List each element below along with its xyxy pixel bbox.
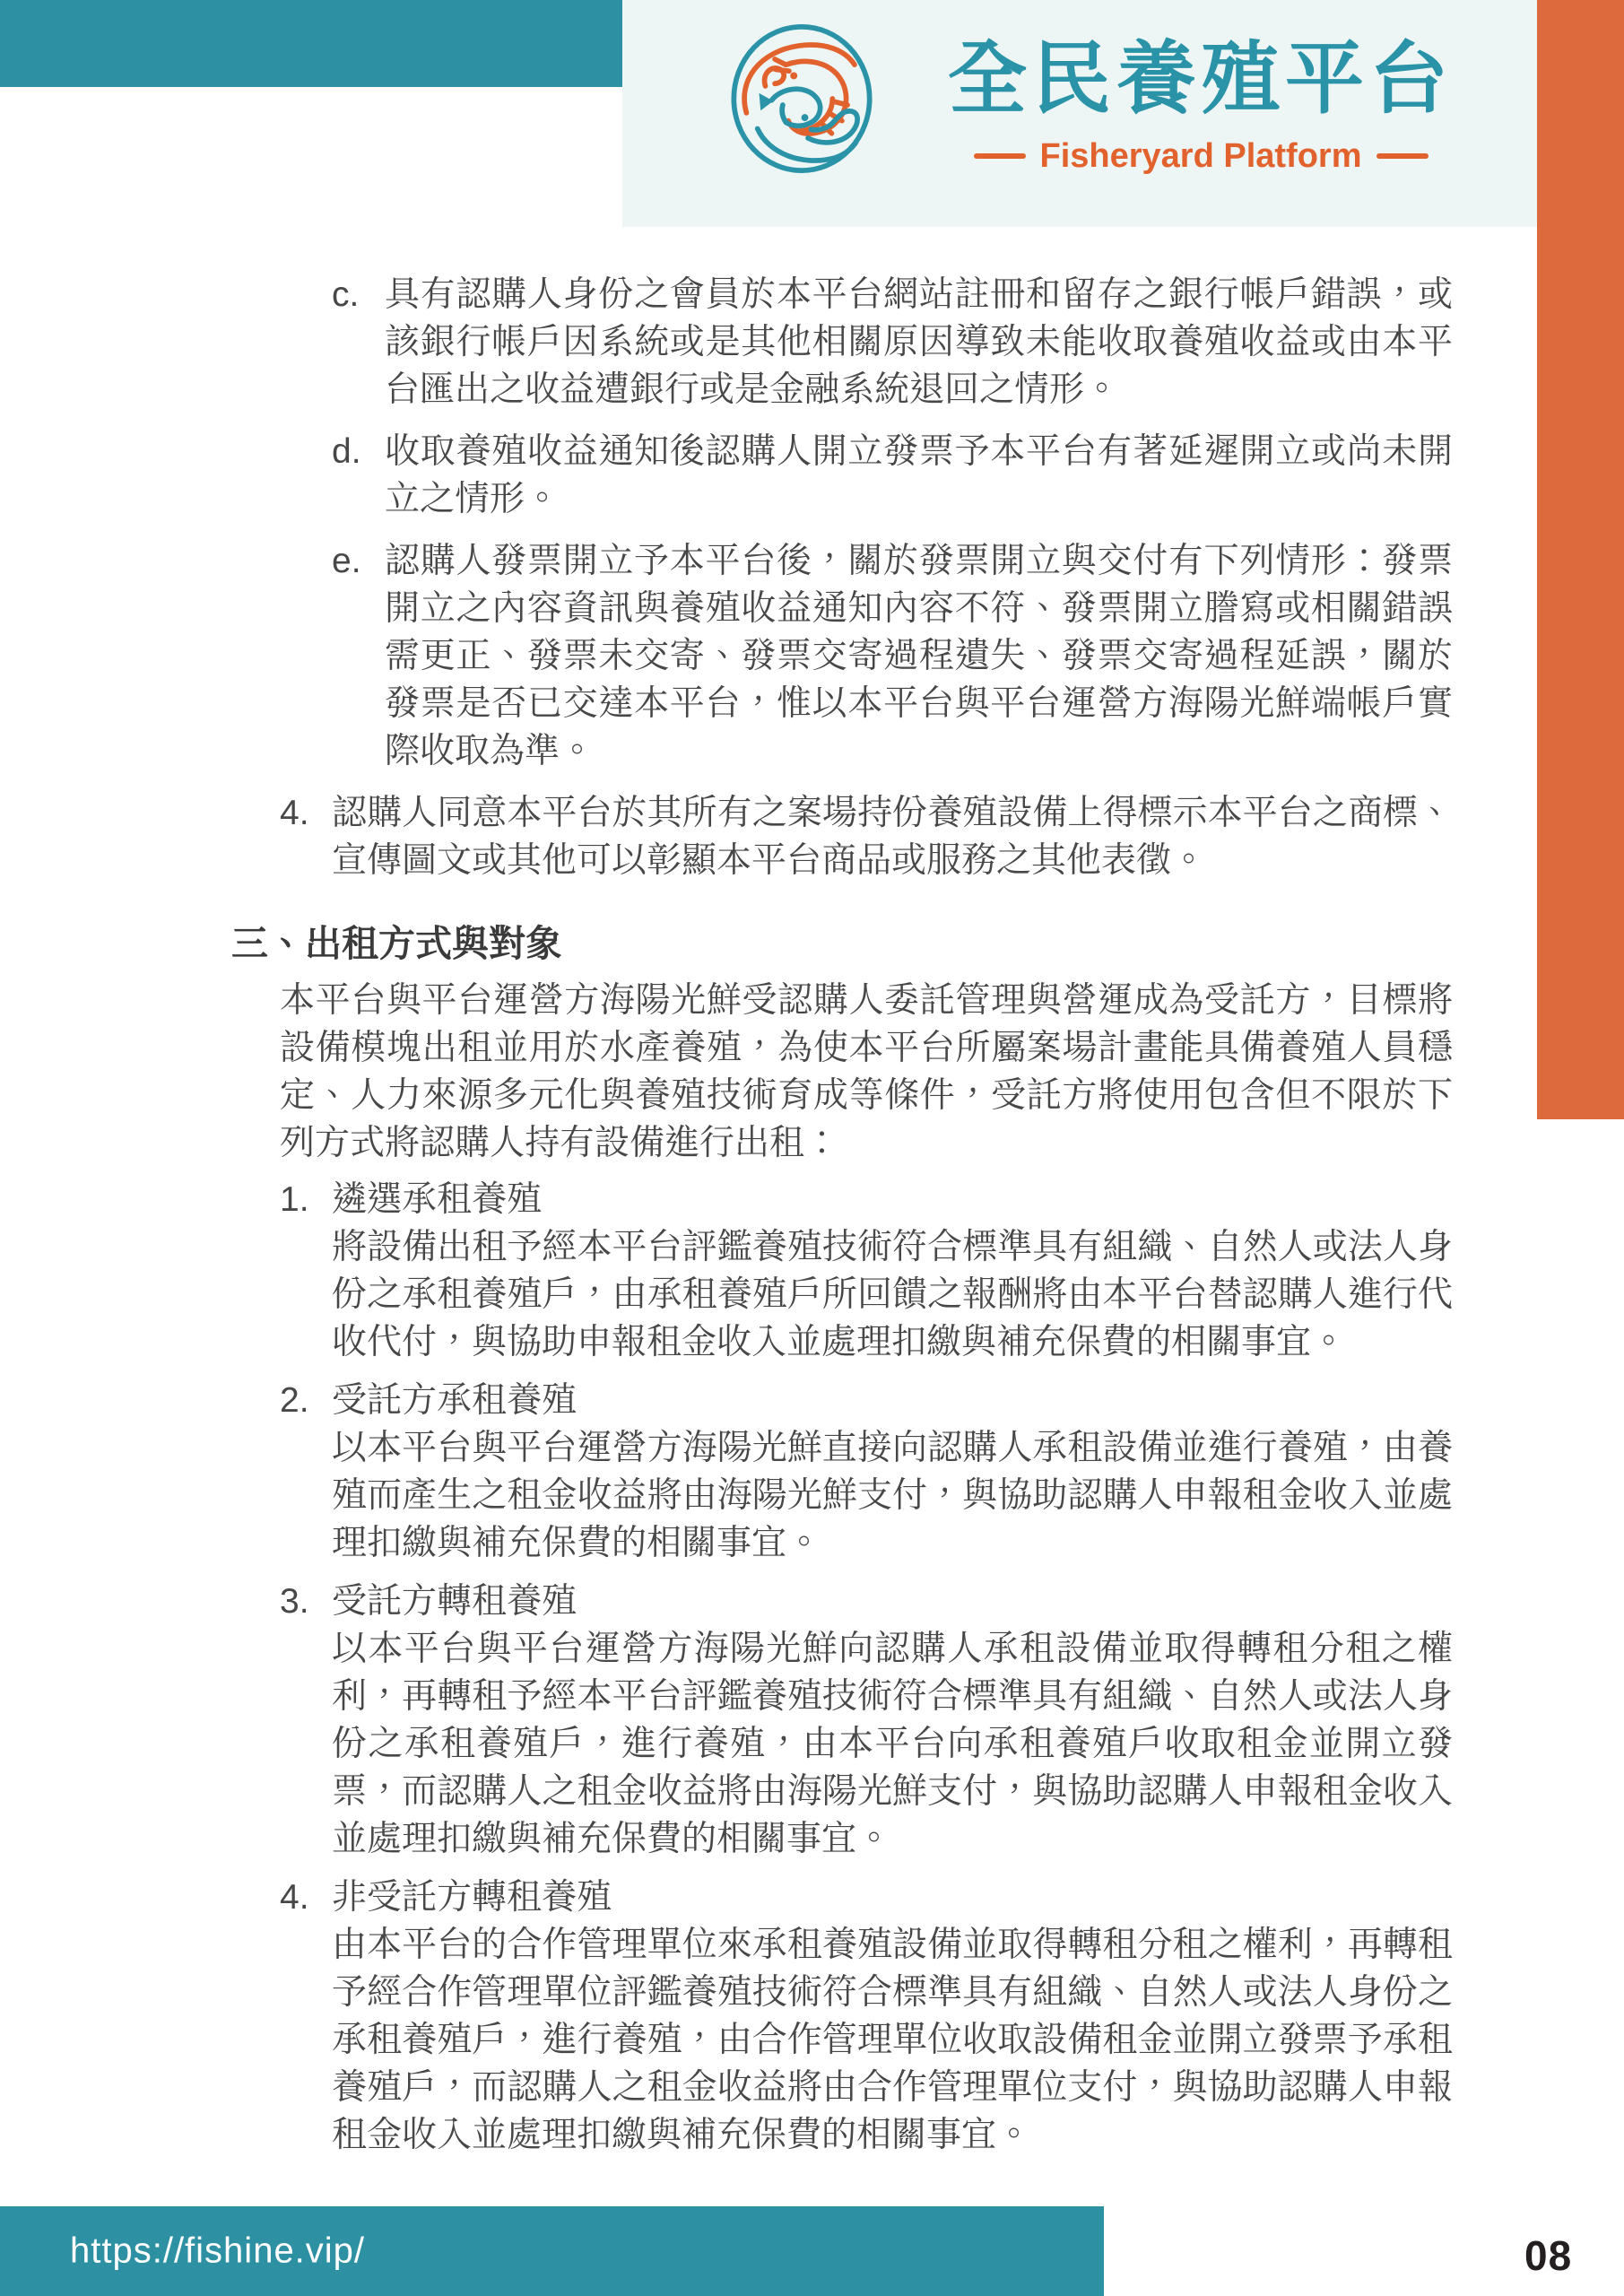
subtitle-right-dash — [1376, 153, 1429, 159]
document-page: 全民養殖平台 Fisheryard Platform c. 具有認購人身份之會員… — [0, 0, 1624, 2296]
rent-method-body: 非受託方轉租養殖 由本平台的合作管理單位來承租養殖設備並取得轉租分租之權利，再轉… — [332, 1874, 1453, 2159]
list-item-label: 4. — [280, 1874, 332, 2159]
list-item-e: e. 認購人發票開立予本平台後，關於發票開立與交付有下列情形：發票開立之內容資訊… — [332, 537, 1624, 775]
footer-bar: https://fishine.vip/ — [0, 2206, 1104, 2296]
list-item-text: 收取養殖收益通知後認購人開立發票予本平台有著延遲開立或尚未開立之情形。 — [385, 428, 1453, 523]
rent-method-text: 將設備出租予經本平台評鑑養殖技術符合標準具有組織、自然人或法人身份之承租養殖戶，… — [332, 1223, 1453, 1366]
rent-method-3: 3. 受託方轉租養殖 以本平台與平台運營方海陽光鮮向認購人承租設備並取得轉租分租… — [280, 1578, 1624, 1863]
footer-url-link[interactable]: https://fishine.vip/ — [70, 2231, 365, 2272]
brand-block: 全民養殖平台 Fisheryard Platform — [936, 36, 1465, 176]
rent-method-text: 由本平台的合作管理單位來承租養殖設備並取得轉租分租之權利，再轉租予經合作管理單位… — [332, 1921, 1453, 2159]
header-brand-panel: 全民養殖平台 Fisheryard Platform — [622, 0, 1537, 227]
terms-content: c. 具有認購人身份之會員於本平台網站註冊和留存之銀行帳戶錯誤，或該銀行帳戶因系… — [0, 271, 1624, 2170]
rent-method-title: 受託方轉租養殖 — [332, 1578, 1453, 1625]
rent-method-title: 非受託方轉租養殖 — [332, 1874, 1453, 1921]
section-heading: 三、出租方式與對象 — [231, 920, 1624, 968]
rent-method-text: 以本平台與平台運營方海陽光鮮向認購人承租設備並取得轉租分租之權利，再轉租予經本平… — [332, 1625, 1453, 1863]
list-item-text: 具有認購人身份之會員於本平台網站註冊和留存之銀行帳戶錯誤，或該銀行帳戶因系統或是… — [385, 271, 1453, 413]
list-item-label: 3. — [280, 1578, 332, 1863]
list-item-label: 4. — [280, 789, 332, 884]
list-item-text: 認購人發票開立予本平台後，關於發票開立與交付有下列情形：發票開立之內容資訊與養殖… — [385, 537, 1453, 775]
list-item-label: 1. — [280, 1176, 332, 1366]
list-item-label: 2. — [280, 1377, 332, 1567]
rent-method-body: 遴選承租養殖 將設備出租予經本平台評鑑養殖技術符合標準具有組織、自然人或法人身份… — [332, 1176, 1453, 1366]
list-item-label: e. — [332, 537, 385, 775]
section-intro: 本平台與平台運營方海陽光鮮受認購人委託管理與營運成為受託方，目標將設備模塊出租並… — [280, 977, 1453, 1167]
brand-title: 全民養殖平台 — [936, 36, 1465, 123]
rent-method-body: 受託方承租養殖 以本平台與平台運營方海陽光鮮直接向認購人承租設備並進行養殖，由養… — [332, 1377, 1453, 1567]
brand-subtitle-row: Fisheryard Platform — [936, 137, 1465, 176]
header-teal-block — [0, 0, 622, 87]
list-item-text: 認購人同意本平台於其所有之案場持份養殖設備上得標示本平台之商標、宣傳圖文或其他可… — [332, 789, 1453, 884]
list-item-d: d. 收取養殖收益通知後認購人開立發票予本平台有著延遲開立或尚未開立之情形。 — [332, 428, 1624, 523]
rent-method-2: 2. 受託方承租養殖 以本平台與平台運營方海陽光鮮直接向認購人承租設備並進行養殖… — [280, 1377, 1624, 1567]
fish-shrimp-in-hands-logo-icon — [723, 20, 881, 178]
rent-method-body: 受託方轉租養殖 以本平台與平台運營方海陽光鮮向認購人承租設備並取得轉租分租之權利… — [332, 1578, 1453, 1863]
rent-method-text: 以本平台與平台運營方海陽光鮮直接向認購人承租設備並進行養殖，由養殖而產生之租金收… — [332, 1424, 1453, 1567]
page-number: 08 — [1524, 2231, 1572, 2280]
rent-method-title: 遴選承租養殖 — [332, 1176, 1453, 1223]
rent-method-1: 1. 遴選承租養殖 將設備出租予經本平台評鑑養殖技術符合標準具有組織、自然人或法… — [280, 1176, 1624, 1366]
rent-method-title: 受託方承租養殖 — [332, 1377, 1453, 1424]
rent-method-4: 4. 非受託方轉租養殖 由本平台的合作管理單位來承租養殖設備並取得轉租分租之權利… — [280, 1874, 1624, 2159]
list-item-c: c. 具有認購人身份之會員於本平台網站註冊和留存之銀行帳戶錯誤，或該銀行帳戶因系… — [332, 271, 1624, 413]
list-item-label: c. — [332, 271, 385, 413]
brand-subtitle: Fisheryard Platform — [1040, 137, 1362, 176]
subtitle-left-dash — [974, 153, 1026, 159]
list-item-label: d. — [332, 428, 385, 523]
list-item-4: 4. 認購人同意本平台於其所有之案場持份養殖設備上得標示本平台之商標、宣傳圖文或… — [280, 789, 1624, 884]
